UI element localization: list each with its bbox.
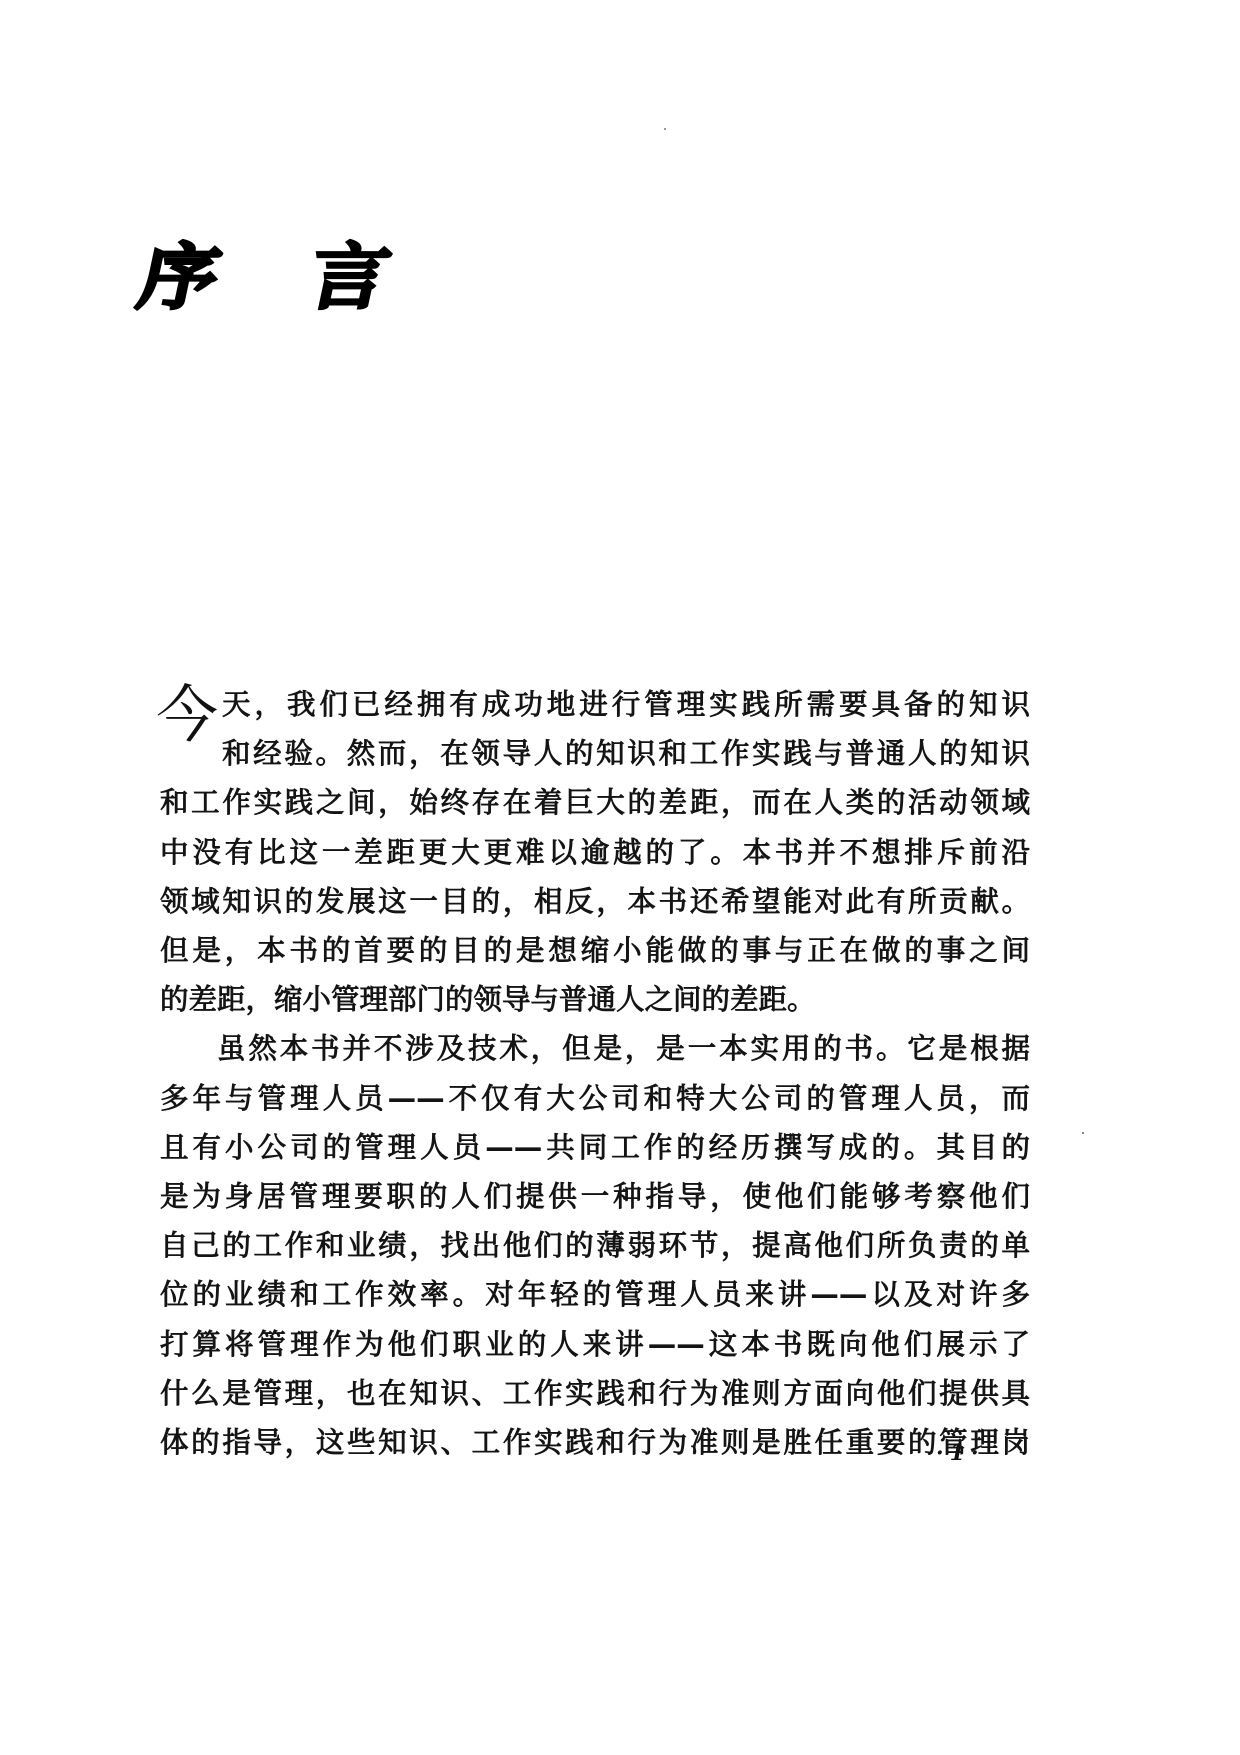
text-line: 是为身居管理要职的人们提供一种指导，使他们能够考察他们 (160, 1172, 1030, 1221)
text-line: 自己的工作和业绩，找出他们的薄弱环节，提高他们所负责的单 (160, 1221, 1030, 1270)
page-title: 序 言 (133, 242, 396, 314)
text-line: 什么是管理，也在知识、工作实践和行为准则方面向他们提供具 (160, 1369, 1030, 1418)
drop-cap: 今 (156, 684, 218, 746)
text-line: 的差距，缩小管理部门的领导与普通人之间的差距。 (160, 975, 1030, 1024)
text-line: 打算将管理作为他们职业的人来讲——这本书既向他们展示了 (160, 1320, 1030, 1369)
text-line: 位的业绩和工作效率。对年轻的管理人员来讲——以及对许多 (160, 1270, 1030, 1319)
text-line: 中没有比这一差距更大更难以逾越的了。本书并不想排斥前沿 (160, 828, 1030, 877)
text-line: 体的指导，这些知识、工作实践和行为准则是胜任重要的管理岗 (160, 1418, 1030, 1467)
text-line: 领域知识的发展这一目的，相反，本书还希望能对此有所贡献。 (160, 877, 1030, 926)
preface-body: 今 天，我们已经拥有成功地进行管理实践所需要具备的知识 和经验。然而，在领导人的… (160, 680, 1030, 1467)
page-number: ·1· (936, 1440, 985, 1466)
stray-dot (1082, 1132, 1084, 1134)
text-line: 且有小公司的管理人员——共同工作的经历撰写成的。其目的 (160, 1123, 1030, 1172)
stray-dot (664, 128, 666, 130)
paragraph-1: 天，我们已经拥有成功地进行管理实践所需要具备的知识 和经验。然而，在领导人的知识… (160, 680, 1030, 1024)
text-line: 多年与管理人员——不仅有大公司和特大公司的管理人员，而 (160, 1074, 1030, 1123)
page-title-char-2: 言 (303, 242, 396, 314)
text-line: 但是，本书的首要的目的是想缩小能做的事与正在做的事之间 (160, 926, 1030, 975)
text-line: 虽然本书并不涉及技术，但是，是一本实用的书。它是根据 (160, 1024, 1030, 1073)
text-line: 天，我们已经拥有成功地进行管理实践所需要具备的知识 (160, 680, 1030, 729)
paragraph-2: 虽然本书并不涉及技术，但是，是一本实用的书。它是根据 多年与管理人员——不仅有大… (160, 1024, 1030, 1467)
text-line: 和经验。然而，在领导人的知识和工作实践与普通人的知识 (160, 729, 1030, 778)
page-title-char-1: 序 (133, 242, 226, 314)
text-line: 和工作实践之间，始终存在着巨大的差距，而在人类的活动领域 (160, 778, 1030, 827)
